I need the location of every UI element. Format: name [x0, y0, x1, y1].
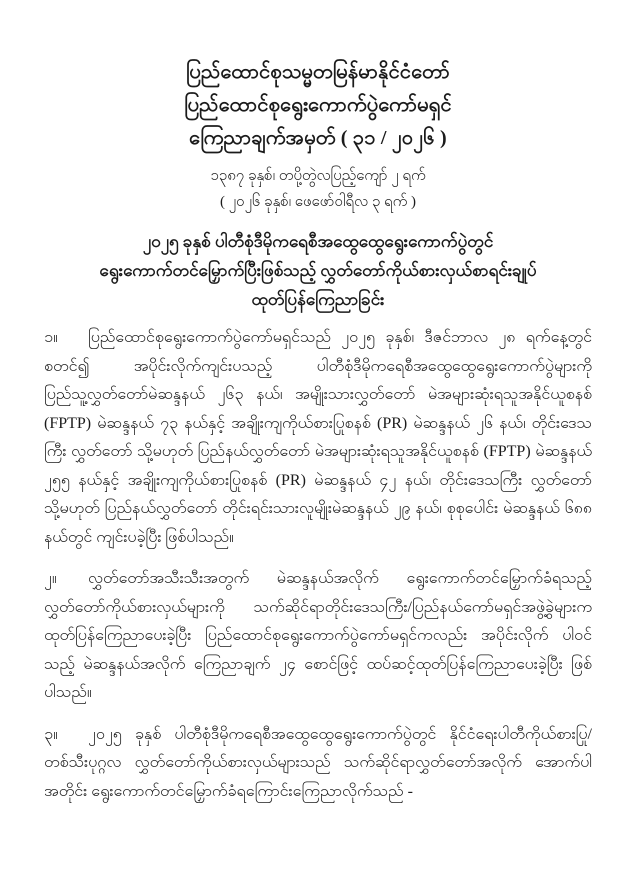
- paragraph-3: ၃။၂၀၂၅ ခုနှစ် ပါတီစုံဒီမိုကရေစီအထွေထွေရွ…: [44, 721, 592, 807]
- paragraph-3-text: ၂၀၂၅ ခုနှစ် ပါတီစုံဒီမိုကရေစီအထွေထွေရွေး…: [44, 726, 592, 800]
- country-title: ပြည်ထောင်စုသမ္မတမြန်မာနိုင်ငံတော်: [44, 56, 592, 89]
- announcement-number: ကြေညာချက်အမှတ် ( ၃၁ / ၂၀၂၆ ): [44, 122, 592, 155]
- paragraph-1-text: ပြည်ထောင်စုရွေးကောက်ပွဲကော်မရှင်သည် ၂၀၂၅…: [44, 329, 592, 546]
- announcement-document-page: ပြည်ထောင်စုသမ္မတမြန်မာနိုင်ငံတော် ပြည်ထေ…: [0, 0, 630, 875]
- paragraph-2-text: လွှတ်တော်အသီးသီးအတွက် မဲဆန္ဒနယ်အလိုက် ရွ…: [44, 570, 592, 701]
- subject-line-2: ရွေးကောက်တင်မြှောက်ပြီးဖြစ်သည့် လွှတ်တော…: [44, 256, 592, 285]
- commission-title: ပြည်ထောင်စုရွေးကောက်ပွဲကော်မရှင်: [44, 89, 592, 122]
- document-header: ပြည်ထောင်စုသမ္မတမြန်မာနိုင်ငံတော် ပြည်ထေ…: [44, 56, 592, 155]
- subject-heading: ၂၀၂၅ ခုနှစ် ပါတီစုံဒီမိုကရေစီအထွေထွေရွေး…: [44, 227, 592, 314]
- subject-line-3: ထုတ်ပြန်ကြေညာခြင်း: [44, 285, 592, 314]
- document-body: ၁။ပြည်ထောင်စုရွေးကောက်ပွဲကော်မရှင်သည် ၂၀…: [44, 324, 592, 806]
- paragraph-2-number: ၂။: [44, 565, 88, 594]
- paragraph-3-number: ၃။: [44, 721, 88, 750]
- paragraph-1: ၁။ပြည်ထောင်စုရွေးကောက်ပွဲကော်မရှင်သည် ၂၀…: [44, 324, 592, 552]
- paragraph-1-number: ၁။: [44, 324, 88, 353]
- paragraph-2: ၂။လွှတ်တော်အသီးသီးအတွက် မဲဆန္ဒနယ်အလိုက် …: [44, 565, 592, 708]
- subject-line-1: ၂၀၂၅ ခုနှစ် ပါတီစုံဒီမိုကရေစီအထွေထွေရွေး…: [44, 227, 592, 256]
- date-myanmar-era: ၁၃၈၇ ခုနှစ်၊ တပို့တွဲလပြည့်ကျော် ၂ ရက်: [44, 163, 592, 189]
- date-block: ၁၃၈၇ ခုနှစ်၊ တပို့တွဲလပြည့်ကျော် ၂ ရက် (…: [44, 163, 592, 215]
- date-gregorian: ( ၂၀၂၆ ခုနှစ်၊ ဖေဖော်ဝါရီလ ၃ ရက် ): [44, 189, 592, 215]
